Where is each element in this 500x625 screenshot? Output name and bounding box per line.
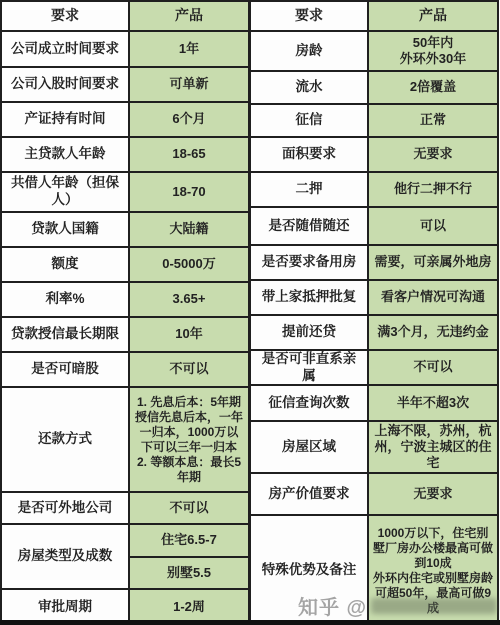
row-value: 2倍覆盖 <box>369 72 497 103</box>
header-row: 要求产品 <box>251 2 497 32</box>
row-value: 正常 <box>369 105 497 136</box>
requirement-column-header: 要求 <box>251 2 369 30</box>
table-row: 征信查询次数半年不超3次 <box>251 386 497 422</box>
table-row: 利率%3.65+ <box>2 283 248 318</box>
table-row: 是否要求备用房需要，可亲属外地房 <box>251 246 497 281</box>
row-value: 上海不限，苏州，杭州，宁波主城区的住宅 <box>369 422 497 472</box>
table-row: 公司成立时间要求1年 <box>2 32 248 68</box>
row-label: 贷款授信最长期限 <box>2 318 130 351</box>
row-label: 是否随借随还 <box>251 208 369 244</box>
row-label: 是否可外地公司 <box>2 493 130 523</box>
header-row: 要求产品 <box>2 2 248 32</box>
row-value: 1. 先息后本：5年期授信先息后本，一年一归本，1000万以下可以三年一归本 2… <box>130 388 248 491</box>
table-bottom-border <box>0 620 500 625</box>
left-table: 要求产品公司成立时间要求1年公司入股时间要求可单新产证持有时间6个月主贷款人年龄… <box>0 0 250 625</box>
row-label: 是否可暗股 <box>2 353 130 386</box>
row-value-group: 住宅6.5-7别墅5.5 <box>130 525 248 588</box>
product-column-header: 产品 <box>130 2 248 30</box>
row-value: 18-70 <box>130 173 248 211</box>
table-row: 产证持有时间6个月 <box>2 103 248 138</box>
row-value: 0-5000万 <box>130 248 248 281</box>
table-row: 是否可外地公司不可以 <box>2 493 248 525</box>
table-row: 是否随借随还可以 <box>251 208 497 246</box>
row-value: 不可以 <box>130 493 248 523</box>
requirement-column-header: 要求 <box>2 2 130 30</box>
table-row: 房产价值要求无要求 <box>251 474 497 516</box>
row-value: 无要求 <box>369 474 497 514</box>
row-value: 50年内 外环外30年 <box>369 32 497 70</box>
row-value: 18-65 <box>130 138 248 171</box>
row-label: 是否要求备用房 <box>251 246 369 279</box>
row-value: 需要，可亲属外地房 <box>369 246 497 279</box>
row-value: 可单新 <box>130 68 248 101</box>
table-row: 征信正常 <box>251 105 497 138</box>
row-label: 是否可非直系亲属 <box>251 351 369 384</box>
row-label: 房屋区域 <box>251 422 369 472</box>
row-label: 特殊优势及备注 <box>251 516 369 625</box>
table-row: 房屋类型及成数住宅6.5-7别墅5.5 <box>2 525 248 590</box>
row-label: 额度 <box>2 248 130 281</box>
table-row: 流水2倍覆盖 <box>251 72 497 105</box>
table-row: 贷款人国籍大陆籍 <box>2 213 248 248</box>
row-value: 3.65+ <box>130 283 248 316</box>
table-row: 带上家抵押批复看客户情况可沟通 <box>251 281 497 316</box>
loan-comparison-tables: 要求产品公司成立时间要求1年公司入股时间要求可单新产证持有时间6个月主贷款人年龄… <box>0 0 500 625</box>
table-row: 特殊优势及备注1000万以下，住宅别墅厂房办公楼最高可做到10成 外环内住宅或别… <box>251 516 497 625</box>
row-value: 他行二押不行 <box>369 173 497 206</box>
row-label: 共借人年龄（担保人） <box>2 173 130 211</box>
table-row: 提前还贷满3个月，无违约金 <box>251 316 497 351</box>
row-label: 面积要求 <box>251 138 369 171</box>
row-value: 可以 <box>369 208 497 244</box>
row-label: 征信查询次数 <box>251 386 369 420</box>
table-row: 房屋区域上海不限，苏州，杭州，宁波主城区的住宅 <box>251 422 497 474</box>
row-value: 无要求 <box>369 138 497 171</box>
row-value: 10年 <box>130 318 248 351</box>
row-label: 带上家抵押批复 <box>251 281 369 314</box>
table-row: 是否可非直系亲属不可以 <box>251 351 497 386</box>
table-row: 额度0-5000万 <box>2 248 248 283</box>
table-row: 二押他行二押不行 <box>251 173 497 208</box>
row-label: 房产价值要求 <box>251 474 369 514</box>
table-row: 还款方式1. 先息后本：5年期授信先息后本，一年一归本，1000万以下可以三年一… <box>2 388 248 493</box>
table-row: 是否可暗股不可以 <box>2 353 248 388</box>
row-value: 不可以 <box>369 351 497 384</box>
table-row: 主贷款人年龄18-65 <box>2 138 248 173</box>
row-label: 公司成立时间要求 <box>2 32 130 66</box>
row-value: 大陆籍 <box>130 213 248 246</box>
row-label: 房屋类型及成数 <box>2 525 130 588</box>
row-label: 产证持有时间 <box>2 103 130 136</box>
table-row: 共借人年龄（担保人）18-70 <box>2 173 248 213</box>
table-row: 公司入股时间要求可单新 <box>2 68 248 103</box>
row-value: 不可以 <box>130 353 248 386</box>
row-label: 主贷款人年龄 <box>2 138 130 171</box>
row-value: 看客户情况可沟通 <box>369 281 497 314</box>
row-label: 二押 <box>251 173 369 206</box>
row-sub-value: 住宅6.5-7 <box>130 525 248 558</box>
row-value: 半年不超3次 <box>369 386 497 420</box>
table-row: 面积要求无要求 <box>251 138 497 173</box>
row-label: 提前还贷 <box>251 316 369 349</box>
row-label: 利率% <box>2 283 130 316</box>
row-value: 6个月 <box>130 103 248 136</box>
row-label: 征信 <box>251 105 369 136</box>
right-table: 要求产品房龄50年内 外环外30年流水2倍覆盖征信正常面积要求无要求二押他行二押… <box>249 0 499 625</box>
table-row: 贷款授信最长期限10年 <box>2 318 248 353</box>
row-value: 1年 <box>130 32 248 66</box>
row-label: 房龄 <box>251 32 369 70</box>
row-label: 公司入股时间要求 <box>2 68 130 101</box>
row-value: 1000万以下，住宅别墅厂房办公楼最高可做到10成 外环内住宅或别墅房龄可超50… <box>369 516 497 625</box>
table-row: 房龄50年内 外环外30年 <box>251 32 497 72</box>
row-label: 贷款人国籍 <box>2 213 130 246</box>
row-value: 满3个月，无违约金 <box>369 316 497 349</box>
row-label: 流水 <box>251 72 369 103</box>
product-column-header: 产品 <box>369 2 497 30</box>
row-sub-value: 别墅5.5 <box>130 558 248 589</box>
row-label: 还款方式 <box>2 388 130 491</box>
